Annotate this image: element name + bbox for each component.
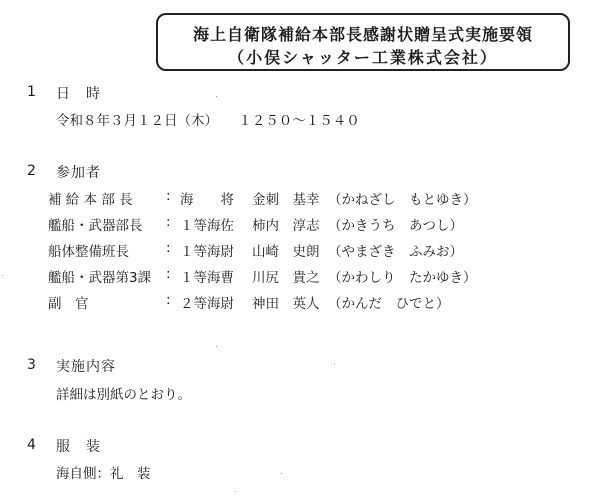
participant-separator: : bbox=[166, 188, 180, 208]
participant-row: 副 官 : ２等海尉 神田 英人 （かんだ ひでと） bbox=[48, 292, 450, 312]
section-3-number: 3 bbox=[27, 357, 36, 373]
participant-name: 川尻 貴之 bbox=[252, 266, 328, 286]
section-2-number: 2 bbox=[27, 163, 36, 179]
section-1-number: 1 bbox=[27, 84, 36, 100]
participant-rank: 海 将 bbox=[180, 188, 252, 208]
scan-speck bbox=[2, 275, 3, 276]
participant-separator: : bbox=[166, 266, 180, 286]
section-2-heading: 参加者 bbox=[56, 162, 101, 182]
participant-role: 艦船・武器部長 bbox=[48, 214, 166, 234]
participant-rank: ２等海尉 bbox=[180, 292, 252, 312]
scan-speck bbox=[216, 96, 217, 97]
participant-row: 補 給 本 部 長 : 海 将 金刺 基幸 （かねざし もとゆき） bbox=[48, 188, 477, 208]
scan-speck bbox=[216, 346, 217, 347]
participant-rank: １等海曹 bbox=[180, 266, 252, 286]
document-title-box: 海上自衛隊補給本部長感謝状贈呈式実施要領 （小俣シャッター工業株式会社） bbox=[156, 13, 570, 71]
scan-speck bbox=[281, 473, 282, 474]
participant-name: 金刺 基幸 bbox=[252, 188, 328, 208]
document-subtitle-company: （小俣シャッター工業株式会社） bbox=[158, 45, 568, 68]
participant-reading: （かねざし もとゆき） bbox=[328, 188, 477, 208]
participant-reading: （かわしり たかゆき） bbox=[328, 266, 477, 286]
section-3-heading: 実施内容 bbox=[56, 356, 116, 376]
participant-rank: １等海尉 bbox=[180, 240, 252, 260]
section-4-content: 海自側：礼 装 bbox=[56, 462, 151, 482]
section-4-heading: 服 装 bbox=[56, 436, 101, 456]
participant-role: 副 官 bbox=[48, 292, 166, 312]
participant-rank: １等海佐 bbox=[180, 214, 252, 234]
participant-role: 船体整備班長 bbox=[48, 240, 166, 260]
participant-separator: : bbox=[166, 214, 180, 234]
participant-separator: : bbox=[166, 240, 180, 260]
participant-row: 艦船・武器部長 : １等海佐 柿内 淳志 （かきうち あつし） bbox=[48, 214, 463, 234]
document-title: 海上自衛隊補給本部長感謝状贈呈式実施要領 bbox=[158, 22, 568, 45]
participant-name: 山崎 史朗 bbox=[252, 240, 328, 260]
participant-reading: （かきうち あつし） bbox=[328, 214, 463, 234]
participant-reading: （やまざき ふみお） bbox=[328, 240, 463, 260]
participant-name: 柿内 淳志 bbox=[252, 214, 328, 234]
participant-row: 艦船・武器第3課 : １等海曹 川尻 貴之 （かわしり たかゆき） bbox=[48, 266, 477, 286]
section-4-number: 4 bbox=[27, 437, 36, 453]
participant-separator: : bbox=[166, 292, 180, 312]
section-1-datetime: 令和８年３月１２日（木） １２５０～１５４０ bbox=[56, 109, 360, 129]
section-3-content: 詳細は別紙のとおり。 bbox=[56, 383, 191, 403]
section-1-heading: 日 時 bbox=[56, 83, 101, 103]
participant-reading: （かんだ ひでと） bbox=[328, 292, 450, 312]
participant-role: 補 給 本 部 長 bbox=[48, 188, 166, 208]
participant-name: 神田 英人 bbox=[252, 292, 328, 312]
scan-speck bbox=[235, 491, 236, 492]
participant-row: 船体整備班長 : １等海尉 山崎 史朗 （やまざき ふみお） bbox=[48, 240, 463, 260]
participant-role: 艦船・武器第3課 bbox=[48, 266, 166, 286]
scan-speck bbox=[334, 363, 335, 364]
